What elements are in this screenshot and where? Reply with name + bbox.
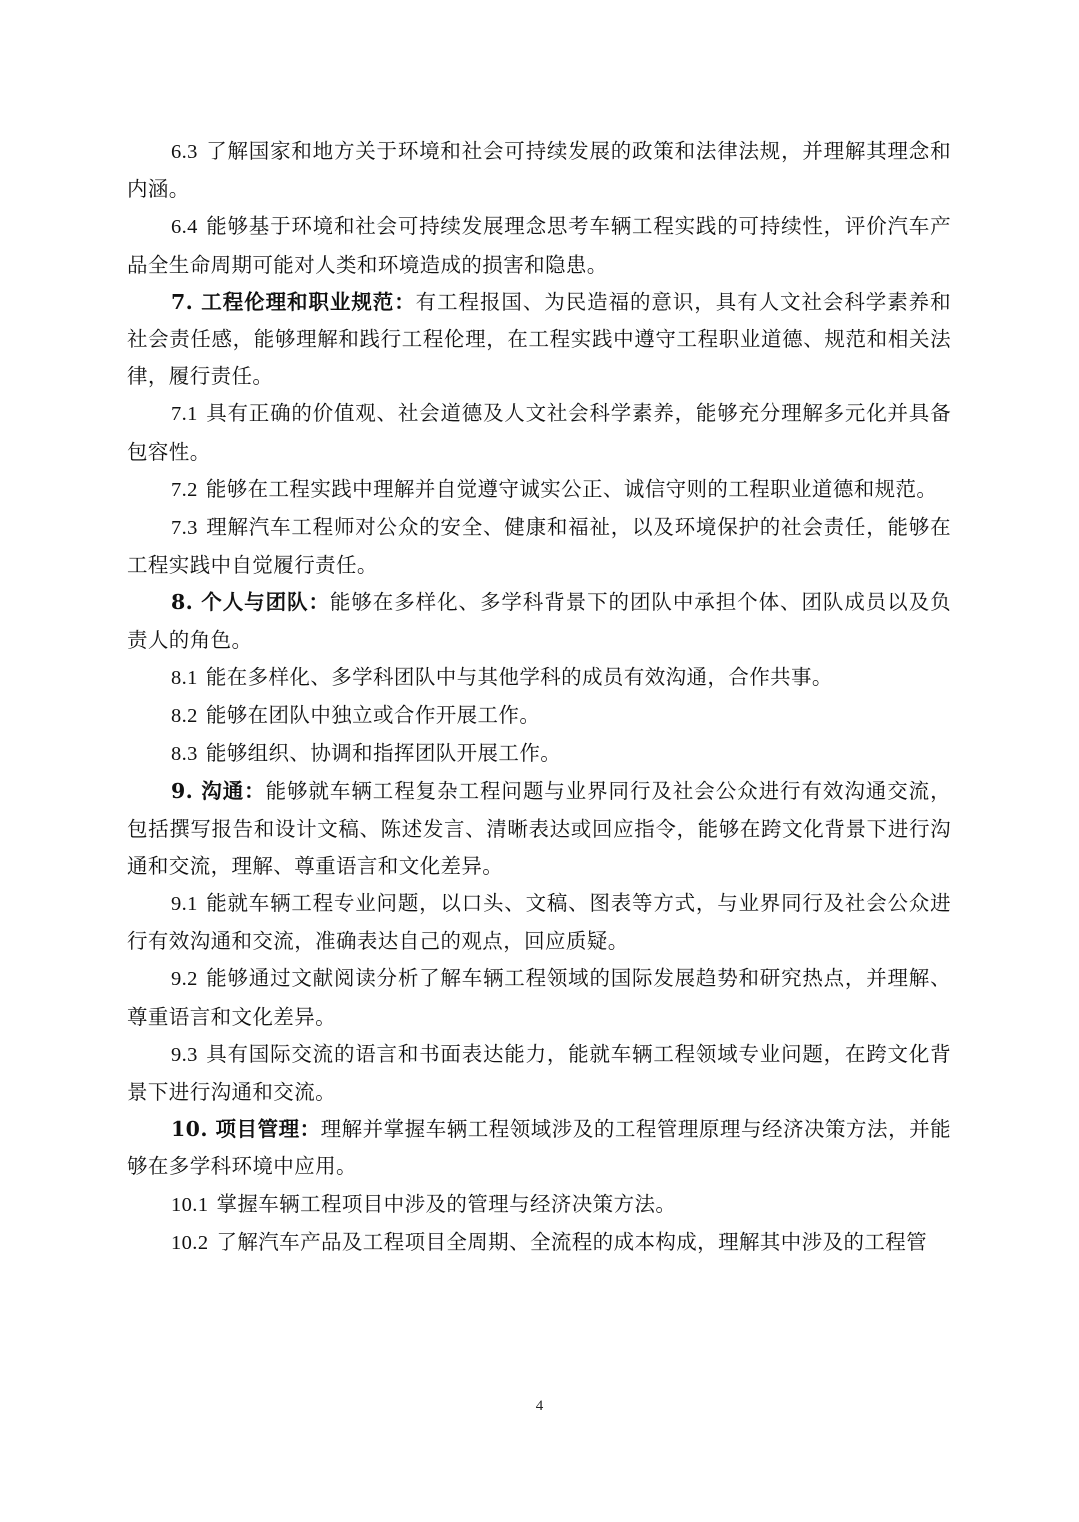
section-7-engineering-ethics: 7. 工程伦理和职业规范：有工程报国、为民造福的意识，具有人文社会科学素养和社会… <box>127 284 951 396</box>
paragraph-text: 能够基于环境和社会可持续发展理念思考车辆工程实践的可持续性，评价汽车产品全生命周… <box>127 214 951 276</box>
item-number: 9.1 <box>171 893 198 915</box>
paragraph-7-1: 7.1具有正确的价值观、社会道德及人文社会科学素养，能够充分理解多元化并具备包容… <box>127 395 951 470</box>
paragraph-6-3: 6.3了解国家和地方关于环境和社会可持续发展的政策和法律法规，并理解其理念和内涵… <box>127 133 951 208</box>
item-number: 10.2 <box>171 1232 208 1254</box>
paragraph-text: 能在多样化、多学科团队中与其他学科的成员有效沟通，合作共事。 <box>206 665 833 689</box>
item-number: 8.2 <box>171 705 198 727</box>
section-9-communication: 9. 沟通：能够就车辆工程复杂工程问题与业界同行及社会公众进行有效沟通交流，包括… <box>127 773 951 885</box>
item-number: 9.2 <box>171 968 198 990</box>
paragraph-text: 理解汽车工程师对公众的安全、健康和福祉，以及环境保护的社会责任，能够在工程实践中… <box>127 515 951 577</box>
paragraph-text: 能就车辆工程专业问题，以口头、文稿、图表等方式，与业界同行及社会公众进行有效沟通… <box>127 891 951 953</box>
paragraph-text: 能够通过文献阅读分析了解车辆工程领域的国际发展趋势和研究热点，并理解、尊重语言和… <box>127 966 951 1028</box>
paragraph-7-2: 7.2能够在工程实践中理解并自觉遵守诚实公正、诚信守则的工程职业道德和规范。 <box>127 471 951 509</box>
paragraph-text: 了解汽车产品及工程项目全周期、全流程的成本构成，理解其中涉及的工程管 <box>216 1230 927 1254</box>
item-number: 9.3 <box>171 1044 198 1066</box>
paragraph-text: 掌握车辆工程项目中涉及的管理与经济决策方法。 <box>216 1192 676 1216</box>
paragraph-10-1: 10.1掌握车辆工程项目中涉及的管理与经济决策方法。 <box>127 1186 951 1224</box>
paragraph-text: 能够在工程实践中理解并自觉遵守诚实公正、诚信守则的工程职业道德和规范。 <box>206 477 938 501</box>
item-number: 6.3 <box>171 141 198 163</box>
paragraph-text: 具有国际交流的语言和书面表达能力，能就车辆工程领域专业问题，在跨文化背景下进行沟… <box>127 1042 951 1104</box>
section-heading: 10. 项目管理： <box>171 1117 321 1141</box>
paragraph-8-1: 8.1能在多样化、多学科团队中与其他学科的成员有效沟通，合作共事。 <box>127 659 951 697</box>
item-number: 7.3 <box>171 517 198 539</box>
section-heading: 9. 沟通： <box>171 779 266 803</box>
section-heading: 8. 个人与团队： <box>171 590 330 614</box>
document-page: 6.3了解国家和地方关于环境和社会可持续发展的政策和法律法规，并理解其理念和内涵… <box>0 0 1079 1522</box>
paragraph-9-1: 9.1能就车辆工程专业问题，以口头、文稿、图表等方式，与业界同行及社会公众进行有… <box>127 885 951 960</box>
paragraph-9-3: 9.3具有国际交流的语言和书面表达能力，能就车辆工程领域专业问题，在跨文化背景下… <box>127 1036 951 1111</box>
paragraph-8-2: 8.2能够在团队中独立或合作开展工作。 <box>127 697 951 735</box>
paragraph-7-3: 7.3理解汽车工程师对公众的安全、健康和福祉，以及环境保护的社会责任，能够在工程… <box>127 509 951 584</box>
section-8-individual-and-team: 8. 个人与团队：能够在多样化、多学科背景下的团队中承担个体、团队成员以及负责人… <box>127 584 951 658</box>
paragraph-10-2: 10.2了解汽车产品及工程项目全周期、全流程的成本构成，理解其中涉及的工程管 <box>127 1224 951 1262</box>
paragraph-9-2: 9.2能够通过文献阅读分析了解车辆工程领域的国际发展趋势和研究热点，并理解、尊重… <box>127 960 951 1035</box>
section-heading: 7. 工程伦理和职业规范： <box>171 290 416 314</box>
paragraph-text: 能够组织、协调和指挥团队开展工作。 <box>206 741 561 765</box>
paragraph-8-3: 8.3能够组织、协调和指挥团队开展工作。 <box>127 735 951 773</box>
paragraph-text: 了解国家和地方关于环境和社会可持续发展的政策和法律法规，并理解其理念和内涵。 <box>127 139 951 201</box>
item-number: 6.4 <box>171 216 198 238</box>
paragraph-text: 能够在团队中独立或合作开展工作。 <box>206 703 540 727</box>
item-number: 7.1 <box>171 403 198 425</box>
item-number: 8.1 <box>171 667 198 689</box>
document-body: 6.3了解国家和地方关于环境和社会可持续发展的政策和法律法规，并理解其理念和内涵… <box>127 133 951 1262</box>
section-10-project-management: 10. 项目管理：理解并掌握车辆工程领域涉及的工程管理原理与经济决策方法，并能够… <box>127 1111 951 1185</box>
paragraph-6-4: 6.4能够基于环境和社会可持续发展理念思考车辆工程实践的可持续性，评价汽车产品全… <box>127 208 951 283</box>
item-number: 7.2 <box>171 479 198 501</box>
item-number: 10.1 <box>171 1194 208 1216</box>
paragraph-text: 具有正确的价值观、社会道德及人文社会科学素养，能够充分理解多元化并具备包容性。 <box>127 401 951 463</box>
item-number: 8.3 <box>171 743 198 765</box>
page-number: 4 <box>0 1398 1079 1415</box>
